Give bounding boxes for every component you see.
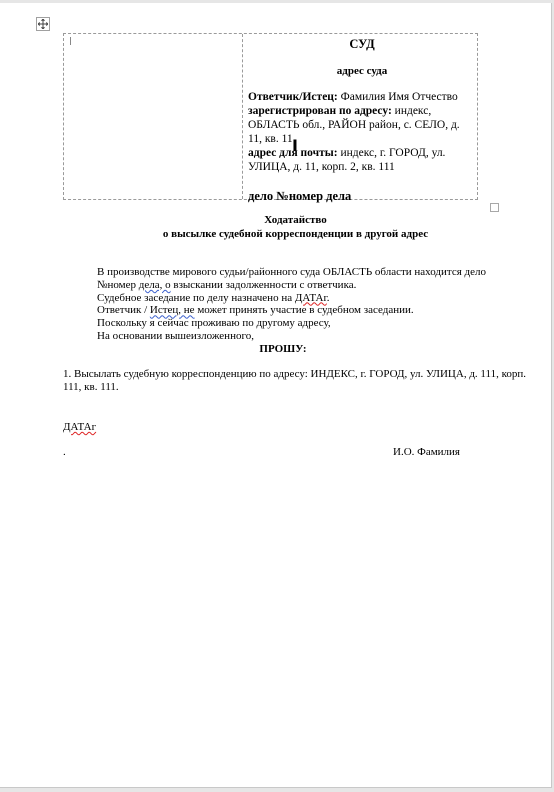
paragraph-hearing: Судебное заседание по делу назначено на … — [63, 292, 503, 305]
court-name: СУД — [248, 37, 476, 51]
doc-subtitle: о высылке судебной корреспонденции в дру… — [0, 228, 554, 240]
party-info: Ответчик/Истец: Фамилия Имя Отчество — [248, 90, 476, 104]
doc-title: Ходатайство — [0, 214, 554, 226]
body-paragraphs: В производстве мирового судьи/районного … — [63, 266, 503, 356]
footer-dot: . — [63, 446, 83, 459]
addressee-cell[interactable]: СУД адрес суда Ответчик/Истец: Фамилия И… — [248, 34, 476, 174]
party-label: Ответчик/Истец: — [248, 91, 338, 103]
paragraph-reason: Поскольку я сейчас проживаю по другому а… — [63, 317, 503, 330]
spelling-error[interactable]: ДАТАг — [295, 292, 327, 304]
court-address: адрес суда — [248, 64, 476, 78]
table-column-divider — [242, 34, 243, 199]
spelling-error[interactable]: ДАТАг — [63, 421, 96, 433]
case-number: дело №номер дела — [248, 189, 351, 204]
table-resize-handle[interactable] — [490, 203, 499, 212]
request-item: 1. Высылать судебную корреспонденцию по … — [63, 368, 528, 394]
move-arrows-icon — [38, 19, 48, 29]
footer-date: ДАТАг — [63, 421, 503, 434]
paragraph-basis: На основании вышеизложенного, — [63, 330, 503, 343]
text-cursor — [70, 37, 71, 45]
header-table[interactable]: СУД адрес суда Ответчик/Истец: Фамилия И… — [63, 33, 478, 200]
signature: И.О. Фамилия — [393, 446, 513, 459]
registered-label: зарегистрирован по адресу: — [248, 105, 392, 117]
grammar-error[interactable]: дела, о — [139, 279, 171, 291]
ibeam-cursor-icon: I — [292, 138, 298, 154]
mail-address-block: адрес для почты: индекс, г. ГОРОД, ул. У… — [248, 146, 476, 174]
document-page[interactable]: СУД адрес суда Ответчик/Истец: Фамилия И… — [0, 3, 552, 788]
paragraph-absence: Ответчик / Истец, не может принять участ… — [63, 304, 503, 317]
party-name: Фамилия Имя Отчество — [341, 91, 458, 103]
grammar-error[interactable]: Истец, не — [150, 304, 195, 316]
request-heading: ПРОШУ: — [63, 343, 503, 356]
paragraph-case: В производстве мирового судьи/районного … — [63, 266, 503, 292]
table-move-handle[interactable] — [36, 17, 50, 31]
registered-address-block: зарегистрирован по адресу: индекс, ОБЛАС… — [248, 104, 476, 146]
